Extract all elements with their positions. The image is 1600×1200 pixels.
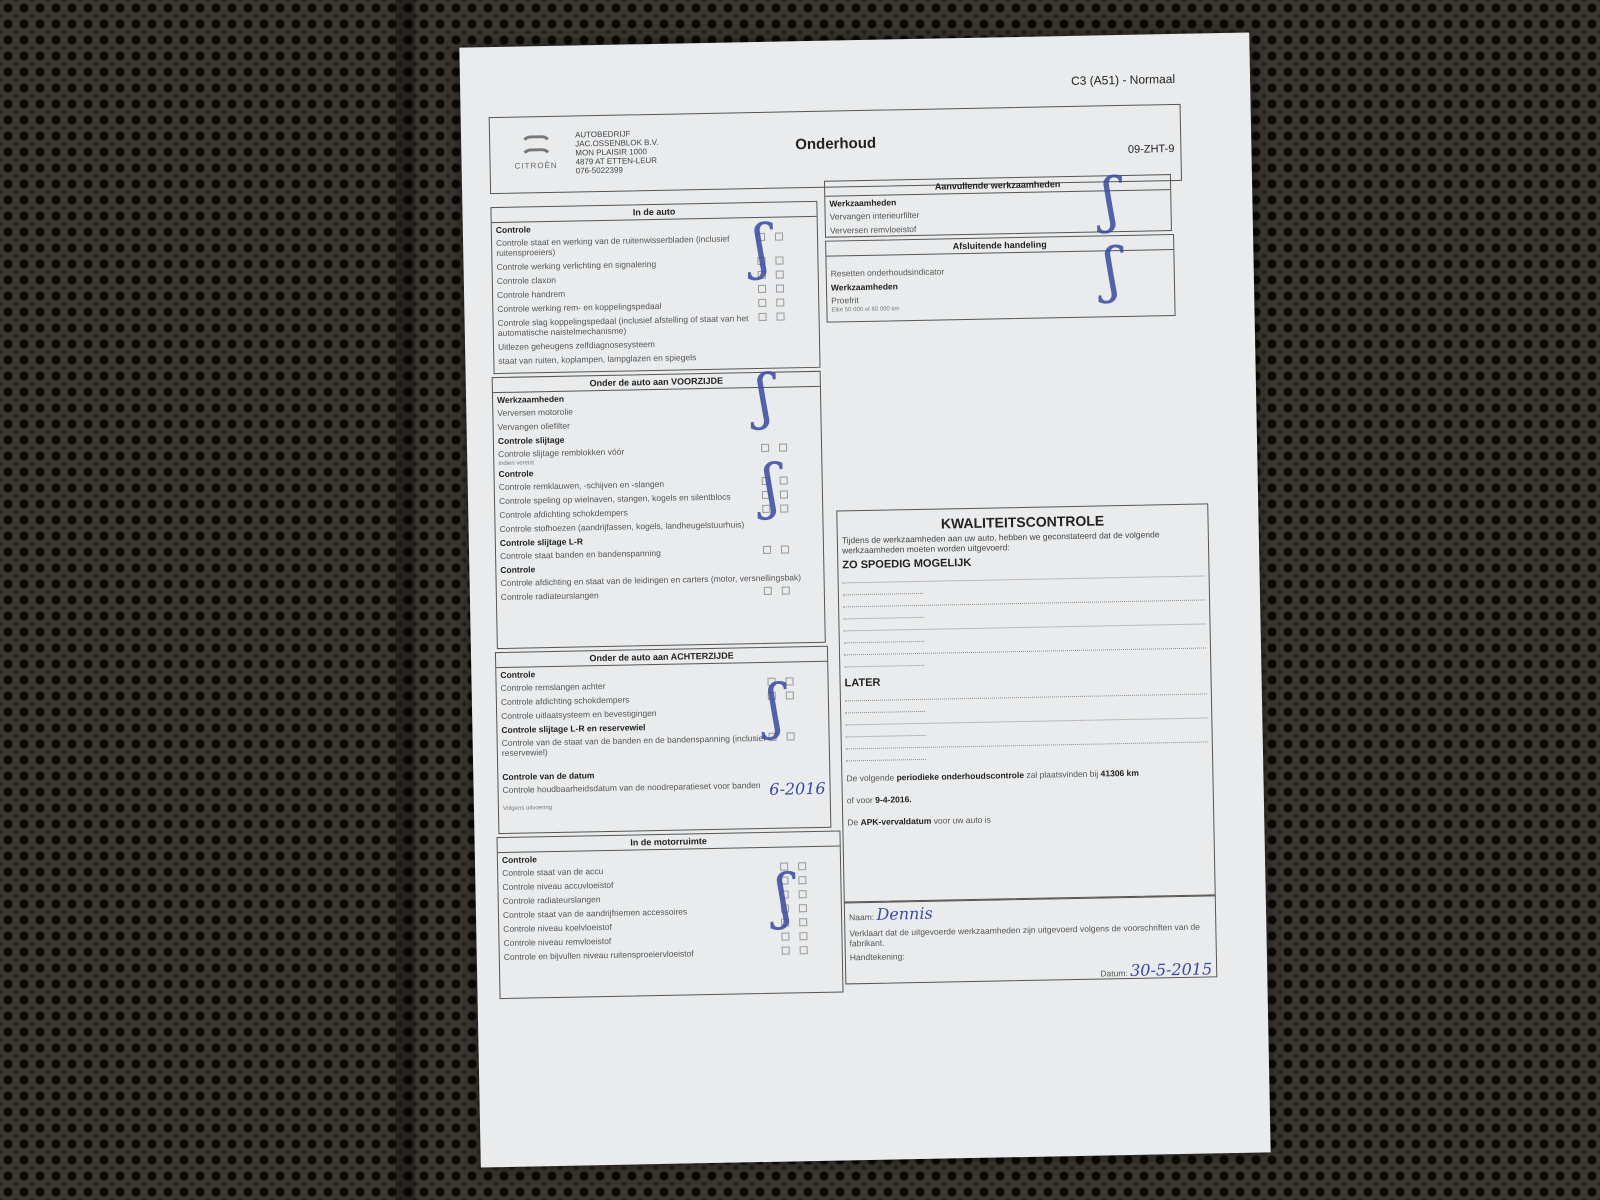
checkmark-scribble-icon: ʃ — [1103, 235, 1121, 305]
checkmark-scribble-icon: ʃ — [766, 672, 784, 742]
citroen-logo-icon: CITROËN — [508, 135, 564, 171]
section-aanvullende-werkzaamheden: Aanvullende werkzaamheden Werkzaamheden … — [824, 174, 1172, 238]
car-model: C3 (A51) - Normaal — [1071, 72, 1175, 88]
signature-box: Naam: Dennis Verklaart dat de uitgevoerd… — [844, 895, 1218, 984]
checkmark-scribble-icon: ʃ — [753, 212, 771, 282]
section-in-de-auto: In de auto Controle Controle staat en we… — [490, 201, 820, 374]
section-afsluitende-handeling: Afsluitende handeling Resetten onderhoud… — [825, 234, 1176, 323]
maintenance-document: C3 (A51) - Normaal CITROËN AUTOBEDRIJF J… — [459, 33, 1270, 1168]
dealer-address: AUTOBEDRIJF JAC.OSSENBLOK B.V. MON PLAIS… — [575, 129, 659, 176]
kwaliteitscontrole-box: KWALITEITSCONTROLE Tijdens de werkzaamhe… — [836, 503, 1215, 902]
handwritten-date: 30-5-2015 — [1130, 959, 1212, 980]
checkmark-scribble-icon: ʃ — [775, 861, 793, 931]
seat-seam — [395, 0, 415, 1200]
checkmark-scribble-icon: ʃ — [755, 362, 773, 432]
document-title: Onderhoud — [795, 135, 876, 154]
handwritten-date: 6-2016 — [769, 779, 826, 799]
checkmark-scribble-icon: ʃ — [1102, 165, 1120, 235]
handwritten-name: Dennis — [876, 904, 933, 924]
checkmark-scribble-icon: ʃ — [762, 452, 780, 522]
license-plate: 09-ZHT-9 — [1128, 143, 1175, 156]
